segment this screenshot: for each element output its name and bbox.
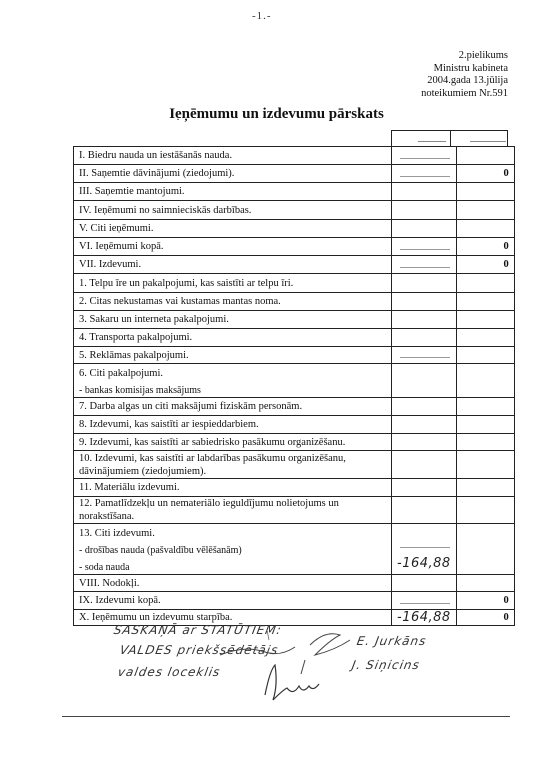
table-row: VII. Izdevumi.0 — [74, 256, 515, 274]
row-label: 8. Izdevumi, kas saistīti ar iespieddarb… — [74, 416, 392, 434]
blank-dash — [400, 357, 450, 358]
row-label: V. Citi ieņēmumi. — [74, 220, 392, 238]
document-title: Ieņēmumu un izdevumu pārskats — [0, 106, 553, 123]
row-label: IV. Ieņēmumi no saimnieciskās darbības. — [74, 201, 392, 220]
row-sublabel: - bankas komisijas maksājums — [79, 384, 386, 397]
row-label: VIII. Nodokļi. — [74, 575, 392, 592]
table-row: I. Biedru nauda un iestāšanās nauda. — [74, 147, 515, 165]
row-label: 13. Citi izdevumi.- drošības nauda (pašv… — [74, 524, 392, 575]
value-cell-col1 — [392, 165, 457, 183]
row-label-text: 6. Citi pakalpojumi. — [79, 368, 163, 379]
row-label: 12. Pamatlīdzekļu un nemateriālo ieguldī… — [74, 497, 392, 524]
row-label-text: 8. Izdevumi, kas saistīti ar iespieddarb… — [79, 419, 259, 430]
table-row: 7. Darba algas un citi maksājumi fiziskā… — [74, 398, 515, 416]
table-row: 13. Citi izdevumi.- drošības nauda (pašv… — [74, 524, 515, 575]
column-header-divider — [450, 130, 451, 146]
value-cell-col1 — [392, 183, 457, 201]
value-cell-col1 — [392, 311, 457, 329]
row-label: 2. Citas nekustamas vai kustamas mantas … — [74, 293, 392, 311]
row-label-text: II. Saņemtie dāvinājumi (ziedojumi). — [79, 168, 234, 179]
row-label-text: IV. Ieņēmumi no saimnieciskās darbības. — [79, 205, 251, 216]
annex-line: 2004.gada 13.jūlija — [421, 75, 508, 88]
value-cell-col2 — [456, 220, 514, 238]
annex-line: noteikumiem Nr.591 — [421, 88, 508, 101]
row-label: 7. Darba algas un citi maksājumi fiziskā… — [74, 398, 392, 416]
table-row: 9. Izdevumi, kas saistīti ar sabiedrisko… — [74, 434, 515, 451]
value-cell-col2: 0 — [456, 610, 514, 626]
value-cell-col1 — [392, 364, 457, 398]
row-label-text: 12. Pamatlīdzekļu un nemateriālo ieguldī… — [79, 498, 339, 522]
value-cell-col2: 0 — [456, 592, 514, 610]
value-cell-col1 — [392, 329, 457, 347]
blank-dash — [400, 176, 450, 177]
row-label-text: 3. Sakaru un interneta pakalpojumi. — [79, 314, 229, 325]
annex-line: 2.pielikums — [421, 50, 508, 63]
row-sublabel: - drošības nauda (pašvaldību vēlēšanām) — [79, 544, 386, 557]
table-row: 6. Citi pakalpojumi.- bankas komisijas m… — [74, 364, 515, 398]
value-cell-col1: -164,88 — [392, 610, 457, 626]
row-label: 3. Sakaru un interneta pakalpojumi. — [74, 311, 392, 329]
page-number: -1.- — [252, 10, 272, 22]
row-label: I. Biedru nauda un iestāšanās nauda. — [74, 147, 392, 165]
row-label-text: IX. Izdevumi kopā. — [79, 595, 161, 606]
blank-dash — [400, 603, 450, 604]
blank-dash — [400, 249, 450, 250]
row-label: 6. Citi pakalpojumi.- bankas komisijas m… — [74, 364, 392, 398]
value-cell-col2 — [456, 311, 514, 329]
value-cell-col1 — [392, 347, 457, 364]
blank-dash — [400, 158, 450, 159]
value-cell-col2 — [456, 183, 514, 201]
annex-reference: 2.pielikums Ministru kabineta 2004.gada … — [421, 50, 508, 100]
row-label-text: 9. Izdevumi, kas saistīti ar sabiedrisko… — [79, 437, 345, 448]
value-cell-col2 — [456, 201, 514, 220]
table-row: VIII. Nodokļi. — [74, 575, 515, 592]
value-cell-col1 — [392, 592, 457, 610]
table-row: 10. Izdevumi, kas saistīti ar labdarības… — [74, 451, 515, 479]
value-cell-col2 — [456, 497, 514, 524]
value-cell-col1 — [392, 434, 457, 451]
value-cell-col1 — [392, 238, 457, 256]
row-label-text: 10. Izdevumi, kas saistīti ar labdarības… — [79, 453, 346, 477]
row-label-text: 1. Telpu īre un pakalpojumi, kas saistīt… — [79, 278, 293, 289]
value-cell-col2 — [456, 416, 514, 434]
row-label-text: 2. Citas nekustamas vai kustamas mantas … — [79, 296, 281, 307]
value-cell-col2 — [456, 451, 514, 479]
row-label: 5. Reklāmas pakalpojumi. — [74, 347, 392, 364]
row-label-text: V. Citi ieņēmumi. — [79, 223, 153, 234]
row-label-text: III. Saņemtie mantojumi. — [79, 186, 185, 197]
handwritten-value: -164,88 — [397, 610, 451, 625]
footer-rule — [62, 716, 510, 717]
value-cell-col2 — [456, 398, 514, 416]
value-cell-col2 — [456, 575, 514, 592]
row-label-text: 11. Materiālu izdevumi. — [79, 482, 180, 493]
row-label-text: 4. Transporta pakalpojumi. — [79, 332, 192, 343]
row-label: 11. Materiālu izdevumi. — [74, 479, 392, 497]
blank-dash — [400, 267, 450, 268]
table-row: IV. Ieņēmumi no saimnieciskās darbības. — [74, 201, 515, 220]
table-row: V. Citi ieņēmumi. — [74, 220, 515, 238]
row-sublabel: - soda nauda — [79, 561, 386, 574]
table-row: 3. Sakaru un interneta pakalpojumi. — [74, 311, 515, 329]
value-cell-col1 — [392, 293, 457, 311]
table-row: II. Saņemtie dāvinājumi (ziedojumi).0 — [74, 165, 515, 183]
handwritten-signatures — [200, 620, 360, 710]
row-label: 10. Izdevumi, kas saistīti ar labdarības… — [74, 451, 392, 479]
value-cell-col2 — [456, 329, 514, 347]
row-label: 1. Telpu īre un pakalpojumi, kas saistīt… — [74, 274, 392, 293]
value-cell-col2 — [456, 434, 514, 451]
row-label: VI. Ieņēmumi kopā. — [74, 238, 392, 256]
table-row: 1. Telpu īre un pakalpojumi, kas saistīt… — [74, 274, 515, 293]
row-label: 9. Izdevumi, kas saistīti ar sabiedrisko… — [74, 434, 392, 451]
row-label: VII. Izdevumi. — [74, 256, 392, 274]
table-row: IX. Izdevumi kopā.0 — [74, 592, 515, 610]
row-label-text: I. Biedru nauda un iestāšanās nauda. — [79, 150, 232, 161]
row-label-text: 5. Reklāmas pakalpojumi. — [79, 350, 189, 361]
row-label-text: 13. Citi izdevumi. — [79, 528, 155, 539]
table-row: III. Saņemtie mantojumi. — [74, 183, 515, 201]
annex-line: Ministru kabineta — [421, 63, 508, 76]
value-cell-col1 — [392, 398, 457, 416]
value-cell-col1 — [392, 201, 457, 220]
value-cell-col2 — [456, 293, 514, 311]
value-cell-col1 — [392, 451, 457, 479]
value-cell-col1 — [392, 575, 457, 592]
table-row: 12. Pamatlīdzekļu un nemateriālo ieguldī… — [74, 497, 515, 524]
report-table: I. Biedru nauda un iestāšanās nauda.II. … — [73, 146, 515, 626]
row-label-text: VIII. Nodokļi. — [79, 578, 139, 589]
value-cell-col1 — [392, 256, 457, 274]
value-cell-col2 — [456, 274, 514, 293]
value-cell-col2: 0 — [456, 256, 514, 274]
row-label: IX. Izdevumi kopā. — [74, 592, 392, 610]
value-cell-col1 — [392, 479, 457, 497]
row-label-text: VII. Izdevumi. — [79, 259, 141, 270]
row-label: III. Saņemtie mantojumi. — [74, 183, 392, 201]
table-row: 4. Transporta pakalpojumi. — [74, 329, 515, 347]
value-cell-col1 — [392, 497, 457, 524]
value-cell-col2 — [456, 524, 514, 575]
value-cell-col2 — [456, 347, 514, 364]
row-label: 4. Transporta pakalpojumi. — [74, 329, 392, 347]
table-row: 2. Citas nekustamas vai kustamas mantas … — [74, 293, 515, 311]
value-cell-col2: 0 — [456, 165, 514, 183]
handwritten-value: -164,88 — [397, 556, 451, 571]
value-cell-col2 — [456, 479, 514, 497]
row-label: II. Saņemtie dāvinājumi (ziedojumi). — [74, 165, 392, 183]
row-label-text: 7. Darba algas un citi maksājumi fiziskā… — [79, 401, 302, 412]
value-cell-col1 — [392, 147, 457, 165]
signature-name-chair: E. Jurkāns — [356, 634, 428, 648]
value-cell-col2: 0 — [456, 238, 514, 256]
value-cell-col2 — [456, 364, 514, 398]
value-cell-col1 — [392, 274, 457, 293]
table-row: 8. Izdevumi, kas saistīti ar iespieddarb… — [74, 416, 515, 434]
value-cell-col2 — [456, 147, 514, 165]
value-cell-col1: -164,88 — [392, 524, 457, 575]
table-row: 11. Materiālu izdevumi. — [74, 479, 515, 497]
table-row: 5. Reklāmas pakalpojumi. — [74, 347, 515, 364]
table-row: VI. Ieņēmumi kopā.0 — [74, 238, 515, 256]
signature-name-member: J. Siņicins — [351, 658, 421, 672]
blank-dash — [400, 547, 450, 548]
header-dash — [470, 141, 506, 142]
row-label-text: VI. Ieņēmumi kopā. — [79, 241, 164, 252]
header-dash — [418, 141, 446, 142]
value-cell-col1 — [392, 220, 457, 238]
value-cell-col1 — [392, 416, 457, 434]
